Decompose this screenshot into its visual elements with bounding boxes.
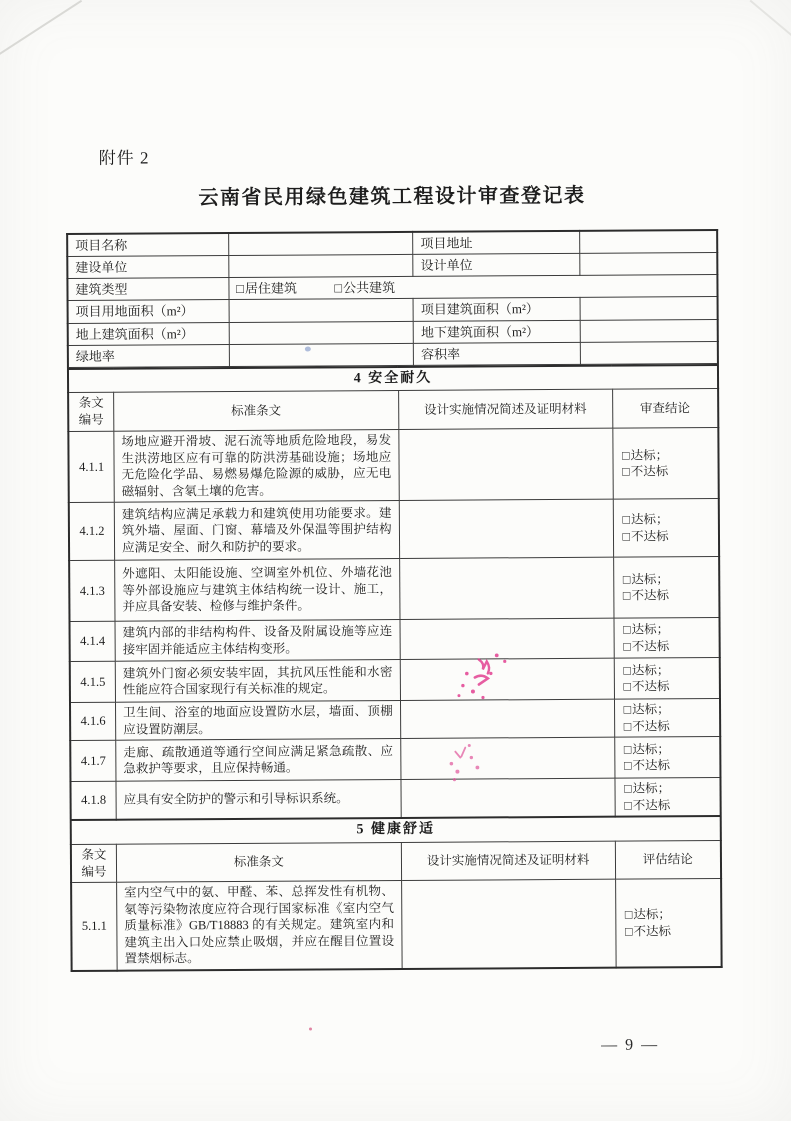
result-cell: □达标； □不达标 — [613, 499, 719, 558]
checkbox-icon: □ — [624, 703, 632, 717]
checkbox-icon: □ — [622, 513, 630, 527]
field-value — [580, 319, 718, 342]
table-row: 4.1.3 外遮阳、太阳能设施、空调室外机位、外墙花池等外部设施应与建筑主体结构… — [69, 557, 719, 622]
result-option-fail: □不达标 — [624, 757, 713, 774]
checkbox-icon: □ — [622, 529, 630, 543]
option-label: 公共建筑 — [343, 280, 395, 295]
table-row: 4.1.4 建筑内部的非结构构件、设备及附属设施等应连接牢固并能适应主体结构变形… — [70, 618, 720, 662]
checkbox-icon: □ — [623, 589, 631, 603]
result-option-pass: □达标； — [622, 447, 711, 464]
implementation-cell — [400, 699, 614, 738]
option-label: 居住建筑 — [245, 281, 297, 296]
result-option-pass: □达标； — [625, 906, 714, 923]
field-value — [229, 343, 414, 366]
result-option-label: 不达标 — [633, 924, 671, 938]
form-tables: 项目名称 项目地址 建设单位 设计单位 建筑类型 □居住建筑 □公共建筑 项目用… — [66, 229, 723, 972]
page-number: — 9 — — [601, 1036, 659, 1054]
implementation-cell — [400, 658, 614, 700]
checkbox-icon: □ — [622, 465, 630, 479]
result-option-fail: □不达标 — [623, 638, 712, 655]
result-option-label: 不达标 — [632, 719, 670, 733]
clauses-table: 4 安全耐久 条文编号 标准条文 设计实施情况简述及证明材料 审查结论 4.1.… — [67, 364, 723, 972]
table-row: 4.1.1 场地应避开滑坡、泥石流等地质危险地段，易发生洪涝地区应有可靠的防洪涝… — [68, 428, 718, 503]
result-option-label: 达标； — [632, 702, 670, 716]
field-value — [229, 299, 414, 322]
result-option-label: 达标； — [631, 448, 669, 462]
column-header-implementation: 设计实施情况简述及证明材料 — [401, 841, 615, 881]
result-cell: □达标； □不达标 — [614, 658, 720, 700]
checkbox-icon: □ — [236, 281, 244, 296]
result-option-pass: □达标； — [624, 701, 713, 718]
project-info-table: 项目名称 项目地址 建设单位 设计单位 建筑类型 □居住建筑 □公共建筑 项目用… — [66, 229, 719, 368]
column-header-standard: 标准条文 — [114, 391, 399, 431]
standard-text: 室内空气中的氨、甲醛、苯、总挥发性有机物、氡等污染物浓度应符合现行国家标准《室内… — [117, 881, 402, 971]
standard-text: 卫生间、浴室的地面应设置防水层，墙面、顶棚应设置防潮层。 — [115, 701, 400, 741]
field-label: 地上建筑面积（m²） — [68, 322, 229, 345]
clause-id: 5.1.1 — [71, 883, 117, 971]
column-header-clause-id: 条文编号 — [68, 393, 114, 432]
checkbox-icon: □ — [625, 924, 633, 938]
field-label: 容积率 — [414, 342, 581, 365]
implementation-cell — [399, 428, 613, 500]
result-option-fail: □不达标 — [622, 463, 711, 480]
result-cell: □达标； □不达标 — [614, 699, 720, 738]
building-type-option-residential: □居住建筑 — [236, 281, 297, 296]
field-label: 绿地率 — [68, 344, 229, 367]
implementation-cell — [400, 618, 614, 659]
table-row: 4.1.5 建筑外门窗必须安装牢固，其抗风压性能和水密性能应符合国家现行有关标准… — [70, 658, 720, 703]
implementation-cell — [401, 778, 615, 818]
checkbox-icon: □ — [623, 639, 631, 653]
result-option-pass: □达标； — [623, 571, 712, 588]
result-option-label: 达标； — [632, 663, 670, 677]
clause-id: 4.1.7 — [70, 740, 116, 781]
clause-id: 4.1.6 — [70, 702, 116, 740]
result-option-fail: □不达标 — [622, 528, 711, 545]
implementation-cell — [399, 499, 613, 558]
standard-text: 建筑外门窗必须安装牢固，其抗风压性能和水密性能应符合国家现行有关标准的规定。 — [115, 660, 400, 703]
result-cell: □达标； □不达标 — [615, 879, 722, 968]
checkbox-icon: □ — [624, 759, 632, 773]
result-option-label: 不达标 — [633, 798, 671, 812]
clause-id: 4.1.3 — [69, 560, 115, 621]
result-option-label: 不达标 — [631, 464, 669, 478]
section-4-header-row: 条文编号 标准条文 设计实施情况简述及证明材料 审查结论 — [68, 389, 718, 432]
checkbox-icon: □ — [623, 663, 631, 677]
field-label: 项目建筑面积（m²） — [413, 298, 580, 321]
result-option-label: 达标； — [631, 572, 669, 586]
result-option-label: 不达标 — [632, 639, 670, 653]
standard-text: 应具有安全防护的警示和引导标识系统。 — [116, 780, 401, 820]
field-value — [579, 230, 717, 253]
field-value — [580, 341, 718, 364]
field-label: 设计单位 — [413, 254, 580, 277]
result-option-label: 不达标 — [632, 758, 670, 772]
scanned-page: { "glyphs": { "checkbox": "□" }, "colors… — [0, 0, 791, 1121]
column-header-clause-id: 条文编号 — [71, 844, 117, 883]
field-value — [229, 321, 414, 344]
result-option-pass: □达标； — [622, 511, 711, 528]
clause-id: 4.1.1 — [68, 431, 114, 502]
implementation-cell — [400, 737, 614, 779]
column-header-result: 评估结论 — [615, 840, 721, 879]
checkbox-icon: □ — [623, 572, 631, 586]
page-content: 附件 2 云南省民用绿色建筑工程设计审查登记表 项目名称 项目地址 建设单位 设… — [0, 0, 791, 1121]
checkbox-icon: □ — [623, 680, 631, 694]
page-title: 云南省民用绿色建筑工程设计审查登记表 — [66, 178, 718, 211]
checkbox-icon: □ — [624, 719, 632, 733]
result-option-fail: □不达标 — [624, 797, 713, 814]
table-row: 4.1.7 走廊、疏散通道等通行空间应满足紧急疏散、应急救护等要求，且应保持畅通… — [70, 737, 720, 782]
result-option-pass: □达标； — [623, 621, 712, 638]
column-header-result: 审查结论 — [612, 389, 718, 428]
checkbox-icon: □ — [622, 448, 630, 462]
result-cell: □达标； □不达标 — [613, 557, 719, 619]
result-option-label: 达标； — [632, 742, 670, 756]
checkbox-icon: □ — [623, 623, 631, 637]
standard-text: 建筑内部的非结构构件、设备及附属设施等应连接牢固并能适应主体结构变形。 — [115, 620, 400, 662]
section-5-header-row: 条文编号 标准条文 设计实施情况简述及证明材料 评估结论 — [71, 840, 721, 883]
column-header-implementation: 设计实施情况简述及证明材料 — [398, 390, 612, 430]
result-cell: □达标； □不达标 — [614, 737, 720, 779]
clause-id: 4.1.5 — [70, 661, 116, 702]
standard-text: 走廊、疏散通道等通行空间应满足紧急疏散、应急救护等要求，且应保持畅通。 — [116, 739, 401, 782]
checkbox-icon: □ — [624, 742, 632, 756]
table-row: 4.1.6 卫生间、浴室的地面应设置防水层，墙面、顶棚应设置防潮层。 □达标； … — [70, 699, 720, 741]
standard-text: 建筑结构应满足承载力和建筑使用功能要求。建筑外墙、屋面、门窗、幕墙及外保温等围护… — [114, 501, 399, 561]
result-option-fail: □不达标 — [623, 587, 712, 604]
result-cell: □达标； □不达标 — [615, 778, 721, 817]
field-value — [580, 297, 718, 320]
field-label: 项目名称 — [67, 233, 228, 257]
standard-text: 场地应避开滑坡、泥石流等地质危险地段，易发生洪涝地区应有可靠的防洪涝基础设施；场… — [114, 430, 399, 503]
field-label: 建筑类型 — [67, 278, 228, 301]
result-option-label: 达标； — [632, 622, 670, 636]
result-option-pass: □达标； — [624, 780, 713, 797]
clause-id: 4.1.2 — [69, 502, 115, 560]
result-option-label: 达标； — [633, 907, 671, 921]
checkbox-icon: □ — [625, 908, 633, 922]
implementation-cell — [401, 880, 615, 969]
red-ink-dot — [309, 1028, 312, 1031]
clause-id: 4.1.4 — [70, 621, 116, 661]
checkbox-icon: □ — [624, 798, 632, 812]
result-option-label: 不达标 — [631, 588, 669, 602]
result-option-label: 不达标 — [632, 679, 670, 693]
result-option-pass: □达标； — [623, 662, 712, 679]
result-option-label: 达标； — [631, 512, 669, 526]
checkbox-icon: □ — [624, 782, 632, 796]
table-row: 4.1.8 应具有安全防护的警示和引导标识系统。 □达标； □不达标 — [70, 778, 720, 820]
result-option-pass: □达标； — [624, 741, 713, 758]
attachment-label: 附件 2 — [99, 143, 150, 168]
result-option-fail: □不达标 — [625, 923, 714, 940]
column-header-standard: 标准条文 — [116, 842, 401, 882]
field-label: 项目用地面积（m²） — [68, 300, 229, 323]
result-option-fail: □不达标 — [623, 678, 712, 695]
field-label: 地下建筑面积（m²） — [413, 320, 580, 343]
result-option-label: 不达标 — [631, 529, 669, 543]
field-value — [228, 232, 413, 256]
table-row: 5.1.1 室内空气中的氨、甲醛、苯、总挥发性有机物、氡等污染物浓度应符合现行国… — [71, 879, 722, 971]
building-type-options: □居住建筑 □公共建筑 — [229, 275, 718, 300]
result-option-fail: □不达标 — [624, 718, 713, 735]
result-cell: □达标； □不达标 — [612, 428, 718, 500]
result-cell: □达标； □不达标 — [614, 618, 720, 659]
implementation-cell — [399, 557, 613, 619]
field-label: 建设单位 — [67, 256, 228, 279]
standard-text: 外遮阳、太阳能设施、空调室外机位、外墙花池等外部设施应与建筑主体结构统一设计、施… — [115, 559, 400, 622]
field-label: 项目地址 — [413, 231, 580, 255]
info-row-green-ratio: 绿地率 容积率 — [68, 341, 718, 367]
clause-id: 4.1.8 — [70, 781, 116, 820]
field-value — [228, 255, 413, 278]
result-option-label: 达标； — [633, 781, 671, 795]
field-value — [579, 253, 717, 276]
checkbox-icon: □ — [334, 281, 342, 296]
building-type-option-public: □公共建筑 — [334, 280, 395, 295]
table-row: 4.1.2 建筑结构应满足承载力和建筑使用功能要求。建筑外墙、屋面、门窗、幕墙及… — [69, 499, 719, 561]
